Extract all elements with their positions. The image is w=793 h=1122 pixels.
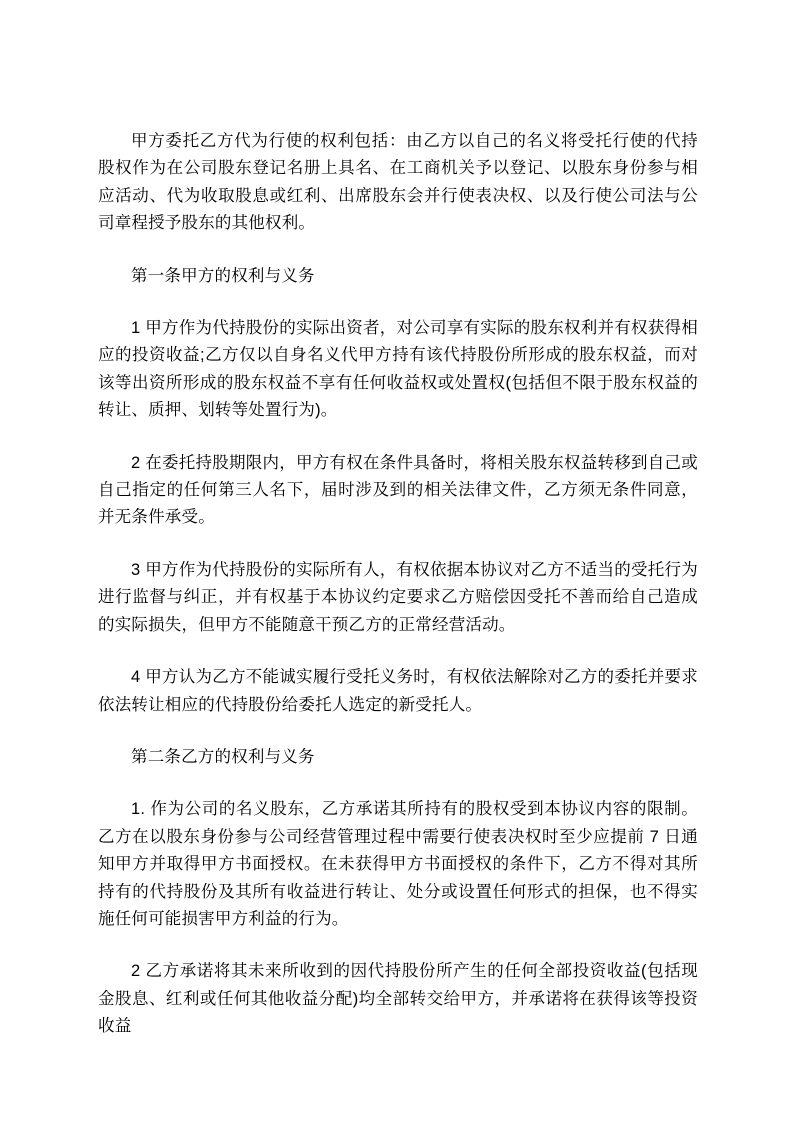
paragraph-article1-clause4: 4 甲方认为乙方不能诚实履行受托义务时，有权依法解除对乙方的委托并要求依法转让相… xyxy=(98,664,698,719)
paragraph-article2-clause1: 1. 作为公司的名义股东，乙方承诺其所持有的股权受到本协议内容的限制。乙方在以股… xyxy=(98,796,698,933)
document-page: 甲方委托乙方代为行使的权利包括：由乙方以自己的名义将受托行使的代持股权作为在公司… xyxy=(0,0,793,1122)
paragraph-article1-clause3: 3 甲方作为代持股份的实际所有人，有权依据本协议对乙方不适当的受托行为进行监督与… xyxy=(98,557,698,639)
paragraph-delegated-rights: 甲方委托乙方代为行使的权利包括：由乙方以自己的名义将受托行使的代持股权作为在公司… xyxy=(98,128,698,238)
section-heading-article-2: 第二条乙方的权利与义务 xyxy=(98,744,698,771)
paragraph-article1-clause2: 2 在委托持股期限内，甲方有权在条件具备时，将相关股东权益转移到自己或自己指定的… xyxy=(98,450,698,532)
section-heading-article-1: 第一条甲方的权利与义务 xyxy=(98,263,698,290)
paragraph-article1-clause1: 1 甲方作为代持股份的实际出资者，对公司享有实际的股东权利并有权获得相应的投资收… xyxy=(98,315,698,425)
paragraph-article2-clause2: 2 乙方承诺将其未来所收到的因代持股份所产生的任何全部投资收益(包括现金股息、红… xyxy=(98,958,698,1040)
